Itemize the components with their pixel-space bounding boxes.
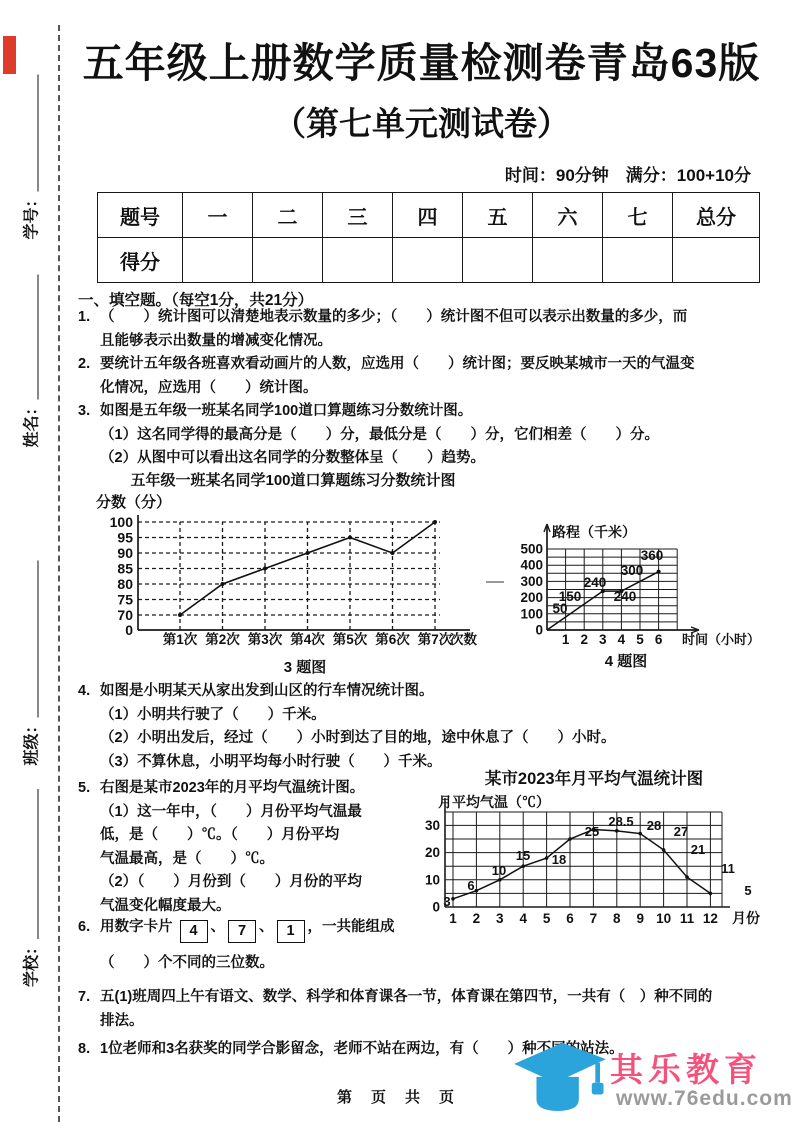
svg-text:28: 28 xyxy=(647,818,661,833)
svg-text:0: 0 xyxy=(125,622,133,638)
score-table-header-cell: 五 xyxy=(463,193,533,238)
svg-text:400: 400 xyxy=(520,558,543,573)
score-table: 题号一二三四五六七总分得分 xyxy=(97,192,760,283)
svg-text:6: 6 xyxy=(566,911,574,926)
svg-text:3 题图: 3 题图 xyxy=(284,658,327,676)
svg-text:4 题图: 4 题图 xyxy=(605,652,648,670)
score-line-chart-svg: 五年级一班某名同学100道口算题练习分数统计图分数（分）070758085909… xyxy=(88,470,480,676)
digit-card: 4 xyxy=(180,920,208,943)
question-line: （2）从图中可以看出这名同学的分数整体呈（ ）趋势。 xyxy=(78,447,783,471)
svg-text:第3次: 第3次 xyxy=(248,631,283,647)
svg-text:1: 1 xyxy=(449,911,457,926)
score-cell xyxy=(673,238,760,283)
svg-text:分数（分）: 分数（分） xyxy=(96,493,171,511)
temperature-line-chart: 某市2023年月平均气温统计图月平均气温（℃）01020301234567891… xyxy=(418,760,793,930)
svg-text:7: 7 xyxy=(590,911,598,926)
margin-dashed-divider xyxy=(58,25,60,1122)
score-cell xyxy=(323,238,393,283)
score-cell xyxy=(603,238,673,283)
svg-text:第7次: 第7次 xyxy=(418,631,453,647)
class-field: 班级： xyxy=(19,560,42,765)
exam-page: 学号： 姓名： 班级： 学校： 五年级上册数学质量检测卷青岛63版 （第七单元测… xyxy=(0,0,793,1122)
question-5: 5.右图是某市2023年的月平均气温统计图。（1）这一年中，（ ）月份平均气温最… xyxy=(78,777,423,918)
svg-text:第6次: 第6次 xyxy=(375,631,410,647)
question-3: 3.如图是五年级一班某名同学100道口算题练习分数统计图。（1）这名同学得的最高… xyxy=(78,400,783,471)
exam-subtitle: （第七单元测试卷） xyxy=(60,98,783,145)
svg-text:路程（千米）: 路程（千米） xyxy=(552,524,636,540)
svg-text:3: 3 xyxy=(496,911,504,926)
svg-text:100: 100 xyxy=(110,514,134,530)
svg-text:11: 11 xyxy=(680,911,695,926)
question-line: （1）这名同学得的最高分是（ ）分，最低分是（ ）分，它们相差（ ）分。 xyxy=(78,424,783,448)
question-line: （1）小明共行驶了（ ）千米。 xyxy=(78,704,783,728)
student-name-field: 姓名： xyxy=(19,274,42,447)
svg-text:90: 90 xyxy=(117,545,133,561)
svg-text:28.5: 28.5 xyxy=(608,814,633,829)
svg-text:时间（小时）: 时间（小时） xyxy=(682,632,760,647)
score-cell xyxy=(253,238,323,283)
score-table-header-cell: 一 xyxy=(183,193,253,238)
student-name-blank-line xyxy=(24,274,39,399)
question-7: 7.五(1)班周四上午有语文、数学、科学和体育课各一节，体育课在第四节，一共有（… xyxy=(78,986,783,1033)
score-table-header-cell: 二 xyxy=(253,193,323,238)
question-line: 气温变化幅度最大。 xyxy=(78,895,423,919)
question-number: 2. xyxy=(78,353,100,377)
svg-text:4: 4 xyxy=(618,632,626,647)
svg-text:5: 5 xyxy=(636,632,644,647)
svg-text:0: 0 xyxy=(535,623,543,638)
svg-text:75: 75 xyxy=(117,592,133,608)
svg-text:21: 21 xyxy=(691,842,705,857)
svg-text:11: 11 xyxy=(721,861,735,876)
question-line: 气温最高，是（ ）℃。 xyxy=(78,848,423,872)
exam-title: 五年级上册数学质量检测卷青岛63版 xyxy=(60,30,783,89)
svg-text:某市2023年月平均气温统计图: 某市2023年月平均气温统计图 xyxy=(485,768,703,788)
student-id-blank-line xyxy=(24,74,39,191)
svg-text:300: 300 xyxy=(520,574,543,589)
svg-text:500: 500 xyxy=(520,542,543,557)
class-blank-line xyxy=(24,560,39,717)
svg-text:6: 6 xyxy=(467,878,474,893)
question-number: 6. xyxy=(78,916,100,940)
question-number: 3. xyxy=(78,400,100,424)
score-table-header-cell: 四 xyxy=(393,193,463,238)
svg-text:月份: 月份 xyxy=(732,910,760,926)
brand-logo: 其乐教育 www.76edu.com xyxy=(512,1038,793,1122)
question-line: （2）（ ）月份到（ ）月份的平均 xyxy=(78,871,423,895)
svg-text:360: 360 xyxy=(641,548,664,563)
svg-text:95: 95 xyxy=(117,530,133,546)
svg-text:6: 6 xyxy=(655,632,663,647)
question-line: 化情况，应选用（ ）统计图。 xyxy=(78,377,783,401)
brand-url: www.76edu.com xyxy=(616,1087,793,1111)
question-1: 1.（ ）统计图可以清楚地表示数量的多少；（ ）统计图不但可以表示出数量的多少，… xyxy=(78,306,783,353)
school-blank-line xyxy=(24,789,39,939)
svg-text:150: 150 xyxy=(559,589,582,604)
score-cell xyxy=(533,238,603,283)
question-number: 7. xyxy=(78,986,100,1010)
question-line: （2）小明出发后，经过（ ）小时到达了目的地，途中休息了（ ）小时。 xyxy=(78,727,783,751)
svg-text:次数: 次数 xyxy=(450,631,477,647)
svg-text:第5次: 第5次 xyxy=(333,631,368,647)
svg-text:0: 0 xyxy=(432,900,440,915)
svg-text:10: 10 xyxy=(656,911,671,926)
score-table-header-cell: 题号 xyxy=(98,193,183,238)
question-line: 3.如图是五年级一班某名同学100道口算题练习分数统计图。 xyxy=(78,400,783,424)
svg-text:20: 20 xyxy=(425,845,440,860)
svg-text:五年级一班某名同学100道口算题练习分数统计图: 五年级一班某名同学100道口算题练习分数统计图 xyxy=(130,471,455,489)
question-number: 5. xyxy=(78,777,100,801)
svg-text:85: 85 xyxy=(117,561,133,577)
question-line: 7.五(1)班周四上午有语文、数学、科学和体育课各一节，体育课在第四节，一共有（… xyxy=(78,986,783,1010)
question-line: （ ）个不同的三位数。 xyxy=(78,952,783,976)
student-name-label: 姓名： xyxy=(24,399,41,447)
score-row-label: 得分 xyxy=(98,238,183,283)
graduation-cap-icon xyxy=(512,1038,608,1118)
school-label: 学校： xyxy=(24,939,41,987)
question-2: 2.要统计五年级各班喜欢看动画片的人数，应选用（ ）统计图；要反映某城市一天的气… xyxy=(78,353,783,400)
score-cell xyxy=(463,238,533,283)
question-line: 且能够表示出数量的增减变化情况。 xyxy=(78,330,783,354)
student-id-label: 学号： xyxy=(24,191,41,239)
svg-text:200: 200 xyxy=(520,590,543,605)
svg-text:25: 25 xyxy=(585,824,599,839)
question-number: 1. xyxy=(78,306,100,330)
score-table-header-cell: 三 xyxy=(323,193,393,238)
svg-text:1: 1 xyxy=(562,632,570,647)
question-line: 低，是（ ）℃。（ ）月份平均 xyxy=(78,824,423,848)
question-number: 8. xyxy=(78,1038,100,1062)
score-table-header-cell: 六 xyxy=(533,193,603,238)
question-line: 4.如图是小明某天从家出发到山区的行车情况统计图。 xyxy=(78,680,783,704)
question-number: 4. xyxy=(78,680,100,704)
scan-red-mark xyxy=(3,36,16,74)
question-line: 1.（ ）统计图可以清楚地表示数量的多少；（ ）统计图不但可以表示出数量的多少，… xyxy=(78,306,783,330)
svg-text:100: 100 xyxy=(520,606,543,621)
digit-card: 1 xyxy=(277,920,305,943)
svg-text:4: 4 xyxy=(519,911,527,926)
digit-card: 7 xyxy=(228,920,256,943)
svg-text:5: 5 xyxy=(543,911,551,926)
svg-text:240: 240 xyxy=(584,575,607,590)
school-field: 学校： xyxy=(19,789,42,987)
time-limit-info: 时间：90分钟 满分：100+10分 xyxy=(505,161,751,186)
question-line: 排法。 xyxy=(78,1010,783,1034)
svg-text:30: 30 xyxy=(425,818,440,833)
svg-text:15: 15 xyxy=(516,848,530,863)
svg-text:12: 12 xyxy=(703,911,718,926)
distance-line-chart-svg: 路程（千米）0100200300400500123456时间（小时）501502… xyxy=(486,505,793,680)
svg-text:18: 18 xyxy=(552,852,566,867)
score-table-header-cell: 七 xyxy=(603,193,673,238)
score-cell xyxy=(183,238,253,283)
svg-text:240: 240 xyxy=(614,589,637,604)
question-line: 2.要统计五年级各班喜欢看动画片的人数，应选用（ ）统计图；要反映某城市一天的气… xyxy=(78,353,783,377)
temperature-line-chart-svg: 某市2023年月平均气温统计图月平均气温（℃）01020301234567891… xyxy=(418,760,793,930)
score-line-chart: 五年级一班某名同学100道口算题练习分数统计图分数（分）070758085909… xyxy=(88,470,480,676)
svg-text:第1次: 第1次 xyxy=(163,631,198,647)
score-table-header-cell: 总分 xyxy=(673,193,760,238)
svg-text:第2次: 第2次 xyxy=(205,631,240,647)
score-cell xyxy=(393,238,463,283)
svg-text:3: 3 xyxy=(443,894,450,909)
svg-text:27: 27 xyxy=(674,824,688,839)
svg-text:300: 300 xyxy=(621,563,644,578)
brand-name: 其乐教育 xyxy=(610,1044,762,1091)
svg-text:70: 70 xyxy=(117,607,133,623)
svg-text:2: 2 xyxy=(580,632,588,647)
svg-text:10: 10 xyxy=(492,863,506,878)
class-label: 班级： xyxy=(24,717,41,765)
distance-line-chart: 路程（千米）0100200300400500123456时间（小时）501502… xyxy=(486,505,793,680)
student-id-field: 学号： xyxy=(19,74,42,239)
svg-text:10: 10 xyxy=(425,872,440,887)
svg-text:2: 2 xyxy=(473,911,481,926)
svg-text:5: 5 xyxy=(744,883,751,898)
question-line: （1）这一年中，（ ）月份平均气温最 xyxy=(78,801,423,825)
svg-text:9: 9 xyxy=(636,911,644,926)
svg-text:第4次: 第4次 xyxy=(290,631,325,647)
svg-text:80: 80 xyxy=(117,576,133,592)
svg-text:3: 3 xyxy=(599,632,607,647)
svg-text:8: 8 xyxy=(613,911,621,926)
question-line: 5.右图是某市2023年的月平均气温统计图。 xyxy=(78,777,423,801)
svg-text:月平均气温（℃）: 月平均气温（℃） xyxy=(438,794,550,810)
